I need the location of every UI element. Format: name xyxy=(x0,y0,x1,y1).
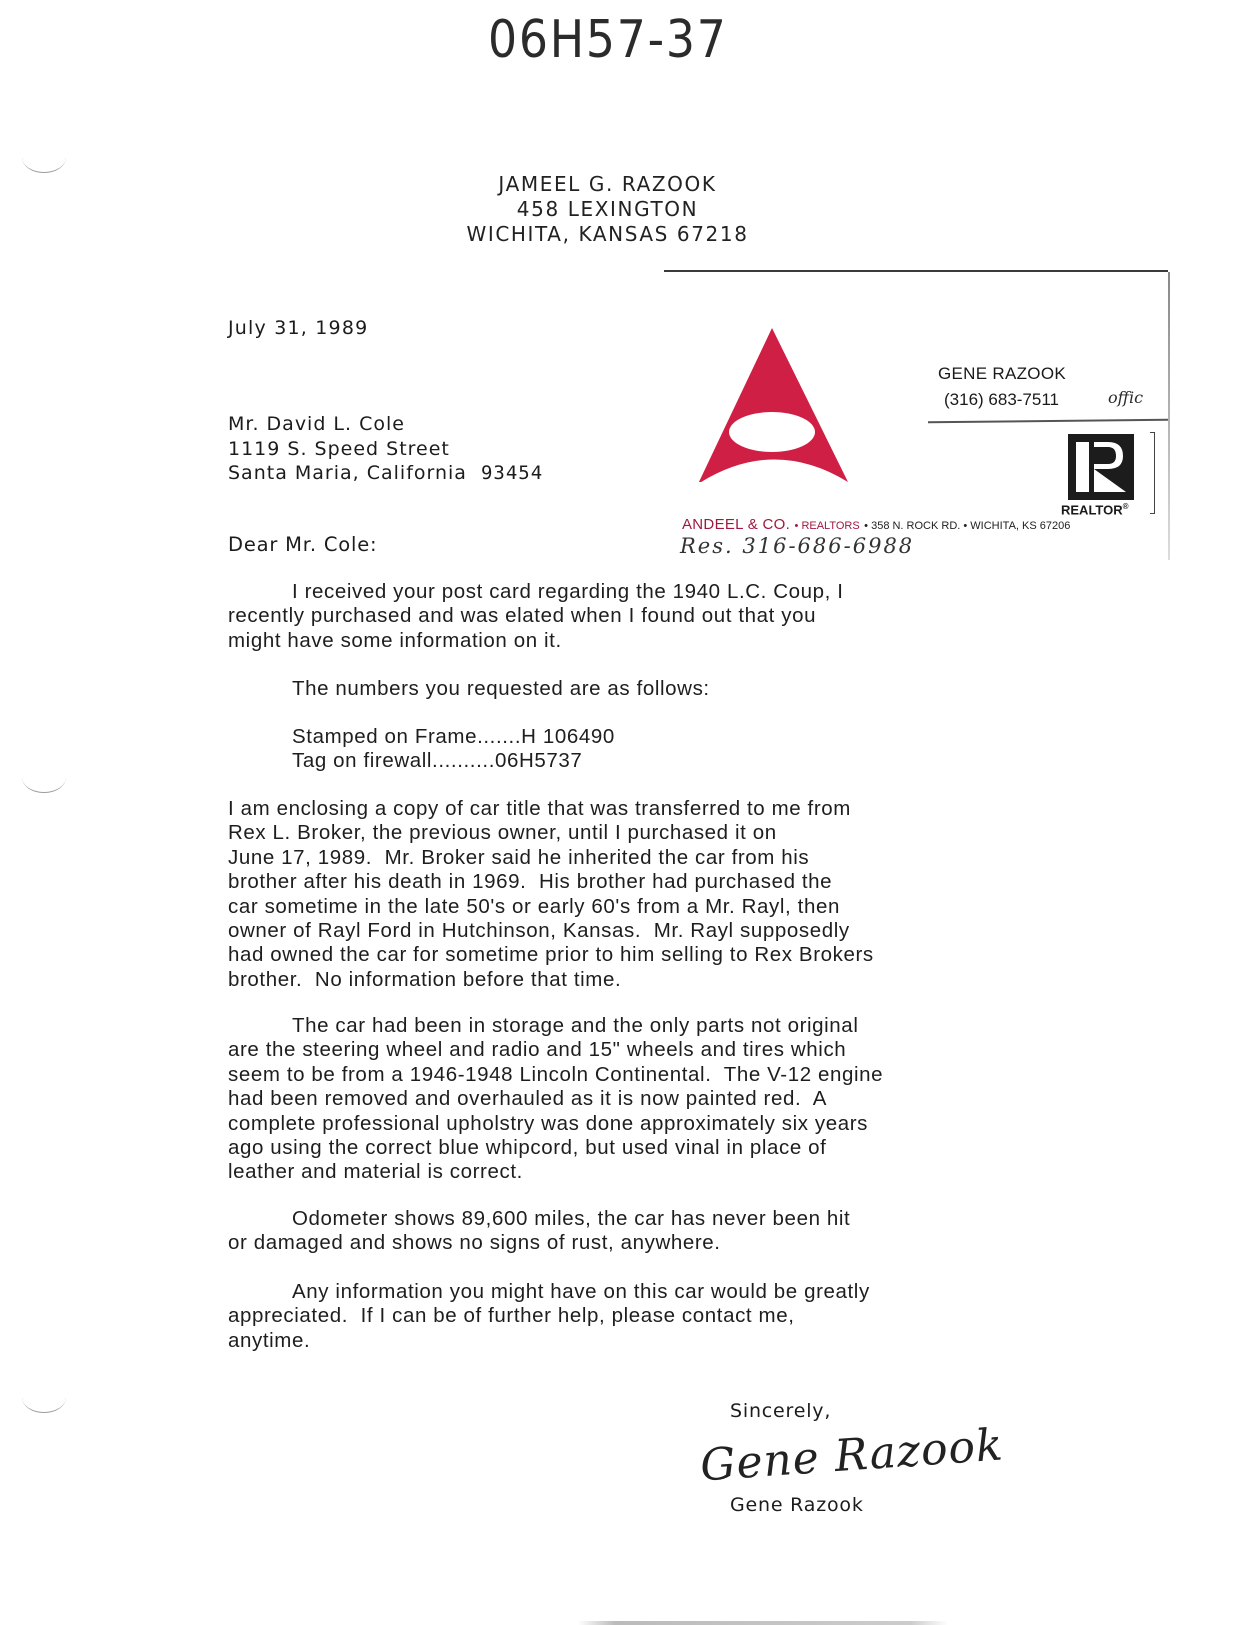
recipient-zip: 93454 xyxy=(481,461,543,486)
letter-date: July 31, 1989 xyxy=(228,317,368,339)
paragraph-line: car sometime in the late 50's or early 6… xyxy=(228,895,1028,919)
punch-hole-mark xyxy=(22,142,66,173)
firm-type: • REALTORS xyxy=(795,520,860,532)
paragraph-line: ago using the correct blue whipcord, but… xyxy=(228,1136,1028,1160)
business-card: GENE RAZOOK (316) 683-7511 offic REALTOR… xyxy=(664,270,1168,560)
serial-firewall: Tag on firewall..........06H5737 xyxy=(228,749,1028,773)
paragraph-line: brother after his death in 1969. His bro… xyxy=(228,870,1028,894)
recipient-address: Mr. David L. Cole 1119 S. Speed Street S… xyxy=(228,412,543,486)
handwritten-underline xyxy=(928,419,1168,424)
letter-page: 06H57-37 JAMEEL G. RAZOOK 458 LEXINGTON … xyxy=(0,0,1256,1625)
paragraph-line: brother. No information before that time… xyxy=(228,968,1028,992)
punch-hole-mark xyxy=(22,1382,66,1413)
letterhead-city: WICHITA, KANSAS 67218 xyxy=(440,222,775,247)
firm-name: ANDEEL & CO. xyxy=(682,516,790,533)
card-agent-name: GENE RAZOOK xyxy=(938,364,1066,384)
salutation: Dear Mr. Cole: xyxy=(228,533,377,556)
paragraph-line: I am enclosing a copy of car title that … xyxy=(228,797,1028,821)
paragraph-line: June 17, 1989. Mr. Broker said he inheri… xyxy=(228,846,1028,870)
paragraph-line: complete professional upholstry was done… xyxy=(228,1112,1028,1136)
handwritten-bracket xyxy=(1150,432,1155,514)
letterhead-name: JAMEEL G. RAZOOK xyxy=(440,172,775,197)
scan-edge-smudge xyxy=(578,1621,948,1625)
paragraph-line: seem to be from a 1946-1948 Lincoln Cont… xyxy=(228,1063,1028,1087)
closing: Sincerely, xyxy=(730,1400,831,1422)
letterhead-street: 458 LEXINGTON xyxy=(440,197,775,222)
handwritten-residence-phone: Res. 316-686-6988 xyxy=(680,534,914,558)
signer-name: Gene Razook xyxy=(730,1494,864,1516)
paragraph-line: are the steering wheel and radio and 15"… xyxy=(228,1038,1028,1062)
paragraph-line: had owned the car for sometime prior to … xyxy=(228,943,1028,967)
paragraph-line: appreciated. If I can be of further help… xyxy=(228,1304,1028,1328)
paragraph-line: owner of Rayl Ford in Hutchinson, Kansas… xyxy=(228,919,1028,943)
paragraph-line: anytime. xyxy=(228,1329,1028,1353)
punch-hole-mark xyxy=(22,762,66,793)
paragraph-line: or damaged and shows no signs of rust, a… xyxy=(228,1231,1028,1255)
handwritten-reference-number: 06H57-37 xyxy=(488,10,728,70)
paragraph-history: I am enclosing a copy of car title that … xyxy=(228,797,1028,992)
paragraph-line: had been removed and overhauled as it is… xyxy=(228,1087,1028,1111)
serial-frame: Stamped on Frame.......H 106490 xyxy=(228,725,1028,749)
recipient-city: Santa Maria, California xyxy=(228,462,467,484)
paragraph-line: The car had been in storage and the only… xyxy=(228,1014,1028,1038)
andeel-logo-icon xyxy=(698,328,848,482)
paragraph-line: Rex L. Broker, the previous owner, until… xyxy=(228,821,1028,845)
realtor-label: REALTOR® xyxy=(1061,502,1129,517)
paragraph-line: leather and material is correct. xyxy=(228,1160,1028,1184)
paragraph-intro: I received your post card regarding the … xyxy=(228,580,1028,653)
realtor-r-logo-icon xyxy=(1068,434,1134,500)
paragraph-numbers-intro: The numbers you requested are as follows… xyxy=(228,677,1028,701)
handwritten-signature: Gene Razook xyxy=(699,1419,1006,1491)
recipient-street: 1119 S. Speed Street xyxy=(228,437,543,462)
paragraph-condition: The car had been in storage and the only… xyxy=(228,1014,1028,1185)
paragraph-line: I received your post card regarding the … xyxy=(228,580,1028,604)
firm-address: • 358 N. ROCK RD. • WICHITA, KS 67206 xyxy=(864,520,1070,532)
paragraph-line: Any information you might have on this c… xyxy=(228,1280,1028,1304)
paragraph-line: Odometer shows 89,600 miles, the car has… xyxy=(228,1207,1028,1231)
card-firm-line: ANDEEL & CO. • REALTORS • 358 N. ROCK RD… xyxy=(682,516,1070,534)
paragraph-line: recently purchased and was elated when I… xyxy=(228,604,1028,628)
card-phone: (316) 683-7511 xyxy=(944,390,1059,410)
card-phone-note: offic xyxy=(1108,388,1143,407)
paragraph-line: The numbers you requested are as follows… xyxy=(228,677,1028,701)
recipient-name: Mr. David L. Cole xyxy=(228,412,543,437)
paragraph-odometer: Odometer shows 89,600 miles, the car has… xyxy=(228,1207,1028,1256)
serial-numbers-list: Stamped on Frame.......H 106490 Tag on f… xyxy=(228,725,1028,774)
letterhead: JAMEEL G. RAZOOK 458 LEXINGTON WICHITA, … xyxy=(440,172,775,247)
paragraph-line: might have some information on it. xyxy=(228,629,1028,653)
paragraph-request: Any information you might have on this c… xyxy=(228,1280,1028,1353)
